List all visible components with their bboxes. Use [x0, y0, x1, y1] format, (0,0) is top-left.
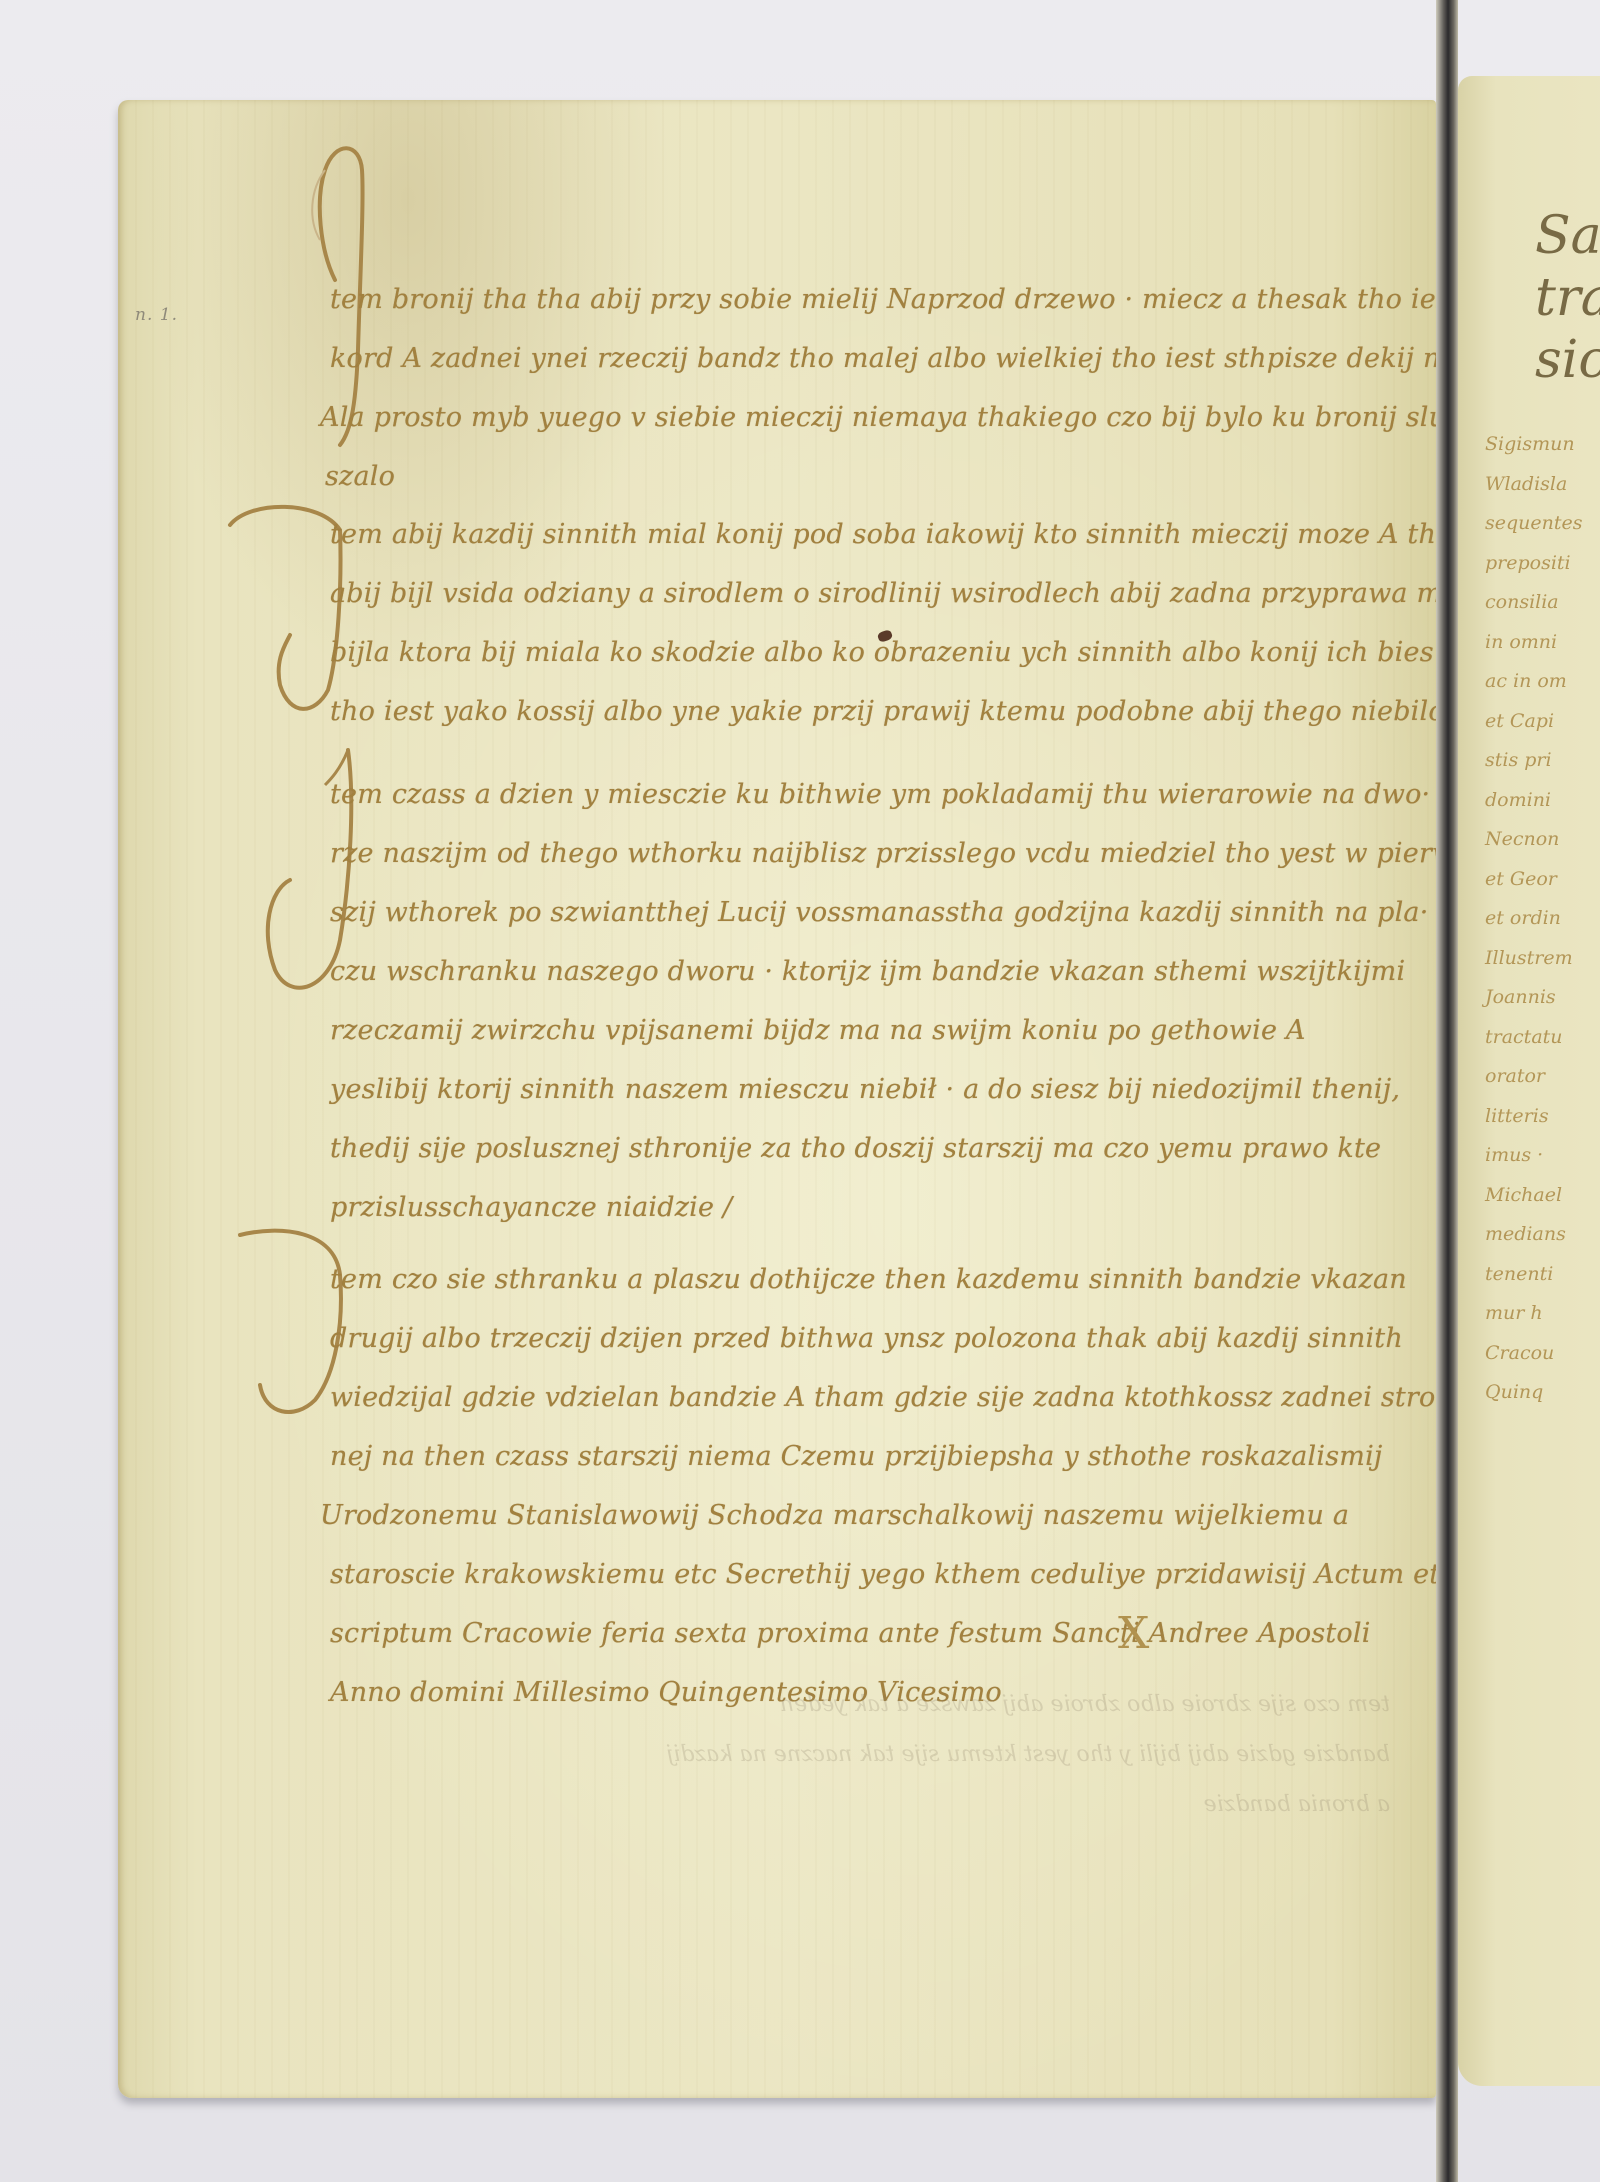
left-page-text: n. 1. tem bronij tha tha abij przy sobie… — [0, 0, 1600, 2182]
right-page-title: Sac tra sic — [1535, 205, 1600, 391]
paragraph-line: czu wschranku naszego dworu · ktorijz ij… — [330, 942, 1410, 1001]
paragraph-line: Ala prosto myb yuego v siebie mieczij ni… — [320, 388, 1410, 447]
right-line: et Geor — [1485, 860, 1583, 900]
bleed-through-line: a bronia bandzie — [330, 1780, 1390, 1830]
right-line: mur h — [1485, 1294, 1583, 1334]
right-line: et ordin — [1485, 899, 1583, 939]
right-line: Quinq — [1485, 1373, 1583, 1413]
right-line: prepositi — [1485, 544, 1583, 584]
paragraph-line: thedij sije poslusznej sthronije za tho … — [330, 1119, 1410, 1178]
paragraph-line: przislusschayancze niaidzie / — [330, 1178, 1410, 1237]
right-line: Necnon — [1485, 820, 1583, 860]
right-line: Wladisla — [1485, 465, 1583, 505]
paragraph-line: drugij albo trzeczij dzijen przed bithwa… — [330, 1309, 1410, 1368]
paragraph-line: szij wthorek po szwiantthej Lucij vossma… — [330, 883, 1410, 942]
paragraph-line: tem abij kazdij sinnith mial konij pod s… — [330, 505, 1410, 564]
paragraph-3: tem czass a dzien y miesczie ku bithwie … — [330, 765, 1410, 1237]
right-line: tenenti — [1485, 1255, 1583, 1295]
right-line: domini — [1485, 781, 1583, 821]
binding-gutter — [1436, 0, 1458, 2182]
bleed-through-line: tem czo sije zbroie albo zbroie abij zaw… — [330, 1680, 1390, 1730]
right-line: orator — [1485, 1057, 1583, 1097]
paragraph-line: nej na then czass starszij niema Czemu p… — [330, 1427, 1410, 1486]
margin-note: n. 1. — [135, 305, 178, 325]
right-line: medians — [1485, 1215, 1583, 1255]
paragraph-line: bijla ktora bij miala ko skodzie albo ko… — [330, 623, 1410, 682]
paragraph-line: tem bronij tha tha abij przy sobie mieli… — [330, 270, 1410, 329]
paragraph-line: abij bijl vsida odziany a sirodlem o sir… — [330, 564, 1410, 623]
paragraph-1: tem bronij tha tha abij przy sobie mieli… — [330, 270, 1410, 506]
right-line: tractatu — [1485, 1018, 1583, 1058]
right-page-lines: Sigismun Wladisla sequentes prepositi co… — [1485, 425, 1583, 1413]
paragraph-2: tem abij kazdij sinnith mial konij pod s… — [330, 505, 1410, 741]
right-line: Michael — [1485, 1176, 1583, 1216]
right-line: Cracou — [1485, 1334, 1583, 1374]
title-line: sic — [1535, 329, 1600, 391]
right-line: et Capi — [1485, 702, 1583, 742]
right-line: sequentes — [1485, 504, 1583, 544]
paragraph-line: tem czo sie sthranku a plaszu dothijcze … — [330, 1250, 1410, 1309]
paragraph-line: staroscie krakowskiemu etc Secrethij yeg… — [330, 1545, 1410, 1604]
paragraph-line: yeslibij ktorij sinnith naszem miesczu n… — [330, 1060, 1410, 1119]
paragraph-line: rze naszijm od thego wthorku naijblisz p… — [330, 824, 1410, 883]
right-line: Joannis — [1485, 978, 1583, 1018]
right-line: Sigismun — [1485, 425, 1583, 465]
right-line: Illustrem — [1485, 939, 1583, 979]
right-line: litteris — [1485, 1097, 1583, 1137]
paragraph-line: tho iest yako kossij albo yne yakie przi… — [330, 682, 1410, 741]
paragraph-line: Urodzonemu Stanislawowij Schodza marscha… — [320, 1486, 1410, 1545]
title-line: tra — [1535, 267, 1600, 329]
bleed-through-text: tem czo sije zbroie albo zbroie abij zaw… — [330, 1680, 1390, 1830]
right-line: ac in om — [1485, 662, 1583, 702]
paragraph-line: szalo — [325, 447, 1410, 506]
paragraph-line: scriptum Cracowie feria sexta proxima an… — [330, 1604, 1410, 1663]
paragraph-line: tem czass a dzien y miesczie ku bithwie … — [330, 765, 1410, 824]
right-line: consilia — [1485, 583, 1583, 623]
closing-cross-mark: X — [1118, 1608, 1149, 1659]
paragraph-line: rzeczamij zwirzchu vpijsanemi bijdz ma n… — [330, 1001, 1410, 1060]
paragraph-line: kord A zadnei ynei rzeczij bandz tho mal… — [330, 329, 1410, 388]
title-line: Sac — [1535, 205, 1600, 267]
bleed-through-line: bandzie gdzie abij bijli y tho yest ktem… — [330, 1730, 1390, 1780]
paragraph-4: tem czo sie sthranku a plaszu dothijcze … — [330, 1250, 1410, 1722]
paragraph-line: wiedzijal gdzie vdzielan bandzie A tham … — [330, 1368, 1410, 1427]
right-line: stis pri — [1485, 741, 1583, 781]
right-line: imus · — [1485, 1136, 1583, 1176]
right-line: in omni — [1485, 623, 1583, 663]
